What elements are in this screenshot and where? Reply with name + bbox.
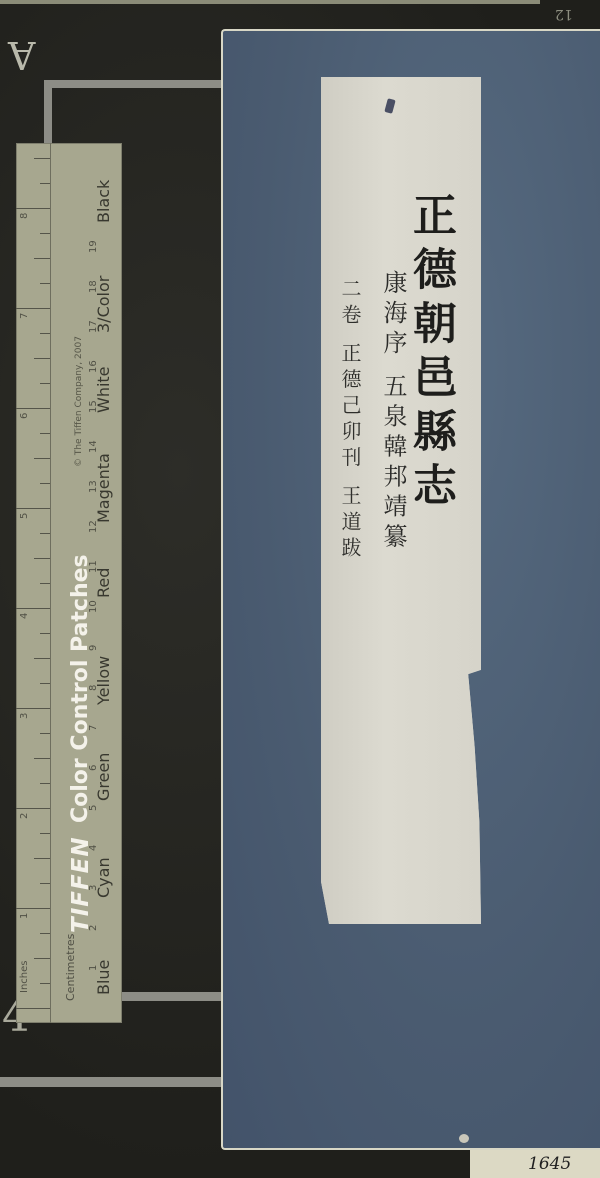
inches-label: Inches: [19, 961, 30, 994]
centimetres-label: Centimetres: [64, 934, 77, 1001]
patch-label: Green: [94, 753, 113, 801]
inch-tick-label: 7: [19, 313, 30, 319]
inch-tick-label: 4: [19, 613, 30, 619]
inch-tick-label: 3: [19, 713, 30, 719]
book-preface-line: 康海序 五泉韓邦靖纂: [376, 270, 411, 554]
tiffen-logo: TIFFEN: [68, 836, 94, 933]
patch-label: Black: [94, 180, 113, 223]
color-control-ruler: Inches 1 2 3 4 5 6 7 8: [16, 143, 122, 1023]
inch-tick-label: 8: [19, 213, 30, 219]
paint-chip: [459, 1134, 469, 1143]
patch-label: Magenta: [94, 453, 113, 523]
catalog-number: 1645: [528, 1154, 571, 1174]
corner-letter: A: [8, 36, 35, 74]
patch-label: Red: [94, 568, 113, 598]
top-grey-strip: [0, 0, 540, 4]
grey-stripe-middle: [118, 992, 222, 1001]
book-edition-line: 二卷 正德己卯刊 王道跋: [336, 278, 365, 563]
catalog-label: 1645: [470, 1150, 600, 1178]
patch-label: 3/Color: [94, 276, 113, 333]
patch-label: White: [94, 366, 113, 413]
centimetre-scale: 1 2 3 4 5 6 7 8 9 10 11 12 13 14 15 16 1…: [50, 143, 70, 1023]
inch-scale: Inches 1 2 3 4 5 6 7 8: [16, 143, 51, 1023]
grey-stripe-bottom: [0, 1077, 222, 1087]
patch-label: Yellow: [94, 656, 113, 705]
grey-stripe-vertical: [44, 80, 52, 146]
color-patch-labels: Blue Cyan Green Yellow Red Magenta White…: [94, 143, 118, 1023]
inch-tick-label: 1: [19, 913, 30, 919]
ruler-copyright: © The Tiffen Company, 2007: [74, 336, 84, 467]
patch-label: Cyan: [94, 857, 113, 898]
inch-tick-label: 2: [19, 813, 30, 819]
corner-number: 12: [555, 6, 573, 22]
patch-label: Blue: [94, 960, 113, 995]
grey-stripe-top: [44, 80, 234, 88]
inch-tick-label: 6: [19, 413, 30, 419]
ruler-title: Color Control Patches: [68, 554, 93, 823]
inch-tick-label: 5: [19, 513, 30, 519]
